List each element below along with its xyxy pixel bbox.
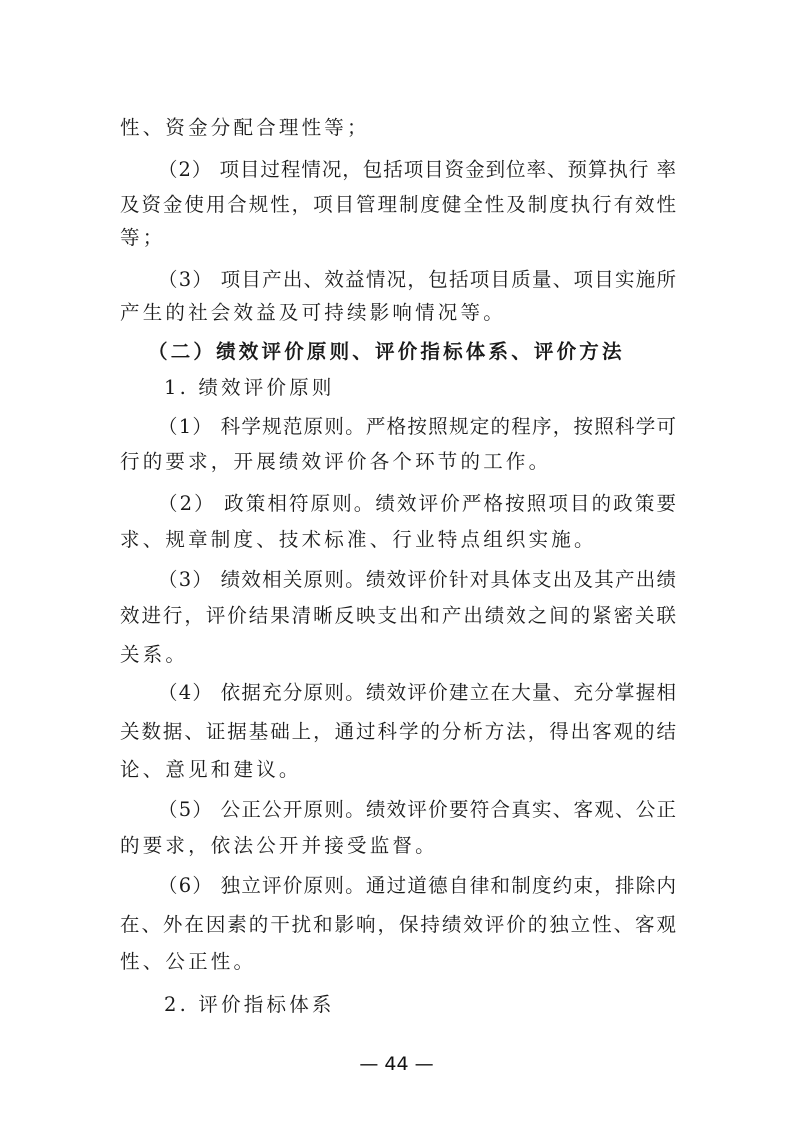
subsection-heading: 2. 评价指标体系 <box>164 993 720 1017</box>
text-line: （1） 科学规范原则。严格按照规定的程序，按照科学可 <box>158 415 676 439</box>
subsection-heading: 1. 绩效评价原则 <box>164 376 720 400</box>
text-line: 求、规章制度、技术标准、行业特点组织实施。 <box>120 528 676 552</box>
page-number: — 44 — <box>0 1053 793 1075</box>
text-line: （5） 公正公开原则。绩效评价要符合真实、客观、公正 <box>158 798 676 822</box>
section-heading: （二）绩效评价原则、评价指标体系、评价方法 <box>148 340 704 364</box>
text-line: 性、公正性。 <box>120 950 676 974</box>
text-line: （2） 项目过程情况，包括项目资金到位率、预算执行 率 <box>158 158 676 182</box>
text-line: （4） 依据充分原则。绩效评价建立在大量、充分掌握相 <box>158 681 676 705</box>
text-line: 在、外在因素的干扰和影响，保持绩效评价的独立性、客观 <box>120 913 676 937</box>
text-line: 及资金使用合规性，项目管理制度健全性及制度执行有效性 <box>120 193 676 217</box>
text-line: 等； <box>120 226 676 250</box>
text-line: （6） 独立评价原则。通过道德自律和制度约束，排除内 <box>158 874 676 898</box>
text-line: （2） 政策相符原则。绩效评价严格按照项目的政策要 <box>158 492 676 516</box>
text-line: 论、意见和建议。 <box>120 758 676 782</box>
text-line: 效进行，评价结果清晰反映支出和产出绩效之间的紧密关联 <box>120 604 676 628</box>
text-line: （3） 绩效相关原则。绩效评价针对具体支出及其产出绩 <box>158 568 676 592</box>
document-page: 性、资金分配合理性等； （2） 项目过程情况，包括项目资金到位率、预算执行 率 … <box>0 0 793 1122</box>
text-line: 关系。 <box>120 643 676 667</box>
text-line: 行的要求，开展绩效评价各个环节的工作。 <box>120 450 676 474</box>
text-line: （3） 项目产出、效益情况，包括项目质量、项目实施所 <box>158 268 676 292</box>
text-line: 的要求，依法公开并接受监督。 <box>120 834 676 858</box>
text-line: 关数据、证据基础上，通过科学的分析方法，得出客观的结 <box>120 720 676 744</box>
text-line: 性、资金分配合理性等； <box>120 116 676 140</box>
text-line: 产生的社会效益及可持续影响情况等。 <box>120 301 676 325</box>
